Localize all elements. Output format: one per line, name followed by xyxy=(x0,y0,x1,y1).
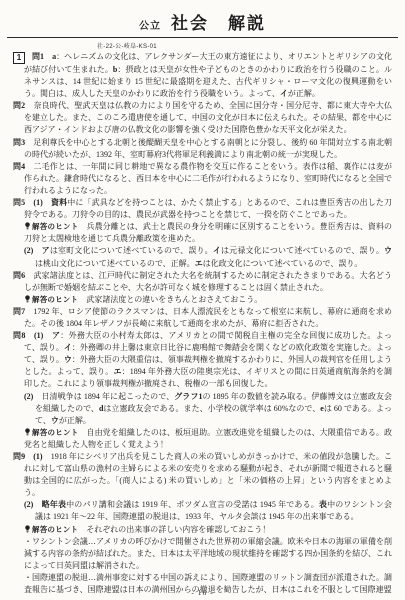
text-run: (2) xyxy=(24,392,33,401)
document-page: 公立 社会 解説 社-22-公-岐阜-KS-01 1問1 a：ヘレニズムの文化は… xyxy=(0,0,405,600)
header-rule xyxy=(7,37,398,38)
hint-paragraph: 解答のヒント 兵農分離とは、武士と農民の身分を明確に区別することをいう。豊臣秀吉… xyxy=(24,221,392,245)
text-run: は室町文化について述べているので、誤り。 xyxy=(50,246,213,255)
text-run: 二毛作とは、一年間に同じ耕地で異なる農作物を交互に作ることをいう。表作は稲、裏作… xyxy=(24,162,392,195)
text-run xyxy=(43,331,52,340)
explanation-paragraph: 問3 足利尊氏を中心とする北朝と後醍醐天皇を中心とする南朝とに分裂し、後約 60… xyxy=(13,137,392,161)
hint-label: 解答のヒント xyxy=(32,222,78,231)
text-run: は立憲政友会である。また、小学校の就学率は 60%なので、 xyxy=(103,404,320,413)
text-run: 問3 xyxy=(13,138,25,147)
text-run: は化政文化について述べているので、誤り。 xyxy=(203,259,363,268)
text-run: が正解。 xyxy=(59,416,91,425)
hint-label: 解答のヒント xyxy=(32,428,78,437)
text-run: (2) xyxy=(24,500,33,509)
page-number: - 16 - xyxy=(0,588,405,597)
explanation-paragraph: (2) アは室町文化について述べているので、誤り。イは元禄文化について述べている… xyxy=(24,245,392,269)
doc-category: 公立 xyxy=(139,17,161,32)
text-run: 問9 xyxy=(13,452,25,461)
page-title: 社会 解説 xyxy=(171,9,266,34)
hint-paragraph: 解答のヒント 武家諸法度との違いをきちんとおさえておこう。 xyxy=(24,294,392,306)
text-run xyxy=(33,500,41,509)
explanation-paragraph: 問5 (1) 資料中に「武具などを持つことは、かたく禁止する」とあるので、これは… xyxy=(13,197,392,221)
hint-paragraph: 解答のヒント それぞれの出来事の詳しい内容を確認しておこう！ xyxy=(24,524,392,536)
hint-lightbulb-icon xyxy=(24,525,31,533)
text-run xyxy=(25,331,34,340)
text-run: エ xyxy=(195,259,203,268)
text-run: が正解。 xyxy=(288,89,320,98)
text-run: (1) xyxy=(33,198,42,207)
hint-label: 解答のヒント xyxy=(32,295,78,304)
text-run: 兵農分離とは、武士と農民の身分を明確に区別することをいう。豊臣秀吉は、資料の刀狩… xyxy=(24,222,392,243)
text-run: ウ xyxy=(64,355,72,364)
text-run: は桃山文化について述べているので、正解。 xyxy=(35,259,195,268)
explanation-paragraph: ・ワシントン会議…アメリカの呼びかけで開催された世界初の軍縮会議。欧米や日本の海… xyxy=(24,536,392,572)
text-run: イ xyxy=(213,246,221,255)
hint-lightbulb-icon xyxy=(24,295,31,303)
text-run: は元禄文化について述べているので、誤り。 xyxy=(221,246,384,255)
text-run: 1918 年にシベリア出兵を見こした商人の米の買いしめがきっかけで、米の値段が急… xyxy=(24,452,392,497)
text-run: イ xyxy=(64,343,72,352)
explanation-paragraph: 1問1 a：ヘレニズムの文化は、アレクサンダー大王の東方遠征により、オリエントと… xyxy=(13,51,392,100)
text-run: 問4 xyxy=(13,162,25,171)
text-run: 問6 xyxy=(13,271,25,280)
text-run: 問8 xyxy=(13,331,25,340)
doc-code: 社-22-公-岐阜-KS-01 xyxy=(97,41,405,50)
text-run: グラフ1 xyxy=(174,392,202,401)
text-run xyxy=(33,246,41,255)
explanation-paragraph: 問9 (1) 1918 年にシベリア出兵を見こした商人の米の買いしめがきっかけで… xyxy=(13,451,392,499)
text-run: 奈良時代、聖武天皇は仏教の力により国を守るため、全国に国分寺・国分尼寺、都に東大… xyxy=(24,101,392,134)
text-run: イ xyxy=(280,89,288,98)
hint-lightbulb-icon xyxy=(24,428,31,436)
explanation-paragraph: (2) 略年表中のパリ講和会議は 1919 年、ポツダム宣言の受諾は 1945 … xyxy=(24,499,392,523)
text-run: それぞれの出来事の詳しい内容を確認しておこう！ xyxy=(86,525,270,534)
text-run: (2) xyxy=(24,246,33,255)
text-run: 中のパリ講和会議は 1919 年、ポツダム宣言の受諾は 1945 年である。 xyxy=(66,500,319,509)
answer-explanations: 1問1 a：ヘレニズムの文化は、アレクサンダー大王の東方遠征により、オリエントと… xyxy=(13,51,392,596)
explanation-paragraph: 問6 武家諸法度とは、江戸時代に制定された大名を統制するために制定されたきまりで… xyxy=(13,270,392,294)
text-run: 資料 xyxy=(51,198,67,207)
text-run: 表 xyxy=(319,500,327,509)
text-run: 問7 xyxy=(13,307,25,316)
text-run: 自由党を組織したのは、板垣退助。立憲改進党を組織したのは、大隈重信である。政党名… xyxy=(24,428,392,449)
text-run: 武家諸法度とは、江戸時代に制定された大名を統制するために制定されたきまりである。… xyxy=(24,271,392,292)
text-run: 問5 xyxy=(13,198,25,207)
explanation-paragraph: 問7 1792 年、ロシア使節のラクスマンは、日本人漂流民をともなって根室に来航… xyxy=(13,306,392,330)
hint-lightbulb-icon xyxy=(24,222,31,230)
hint-paragraph: 解答のヒント 自由党を組織したのは、板垣退助。立憲改進党を組織したのは、大隈重信… xyxy=(24,427,392,451)
text-run: 武家諸法度との違いをきちんとおさえておこう。 xyxy=(86,295,262,304)
text-run: ウ xyxy=(384,246,392,255)
explanation-paragraph: 問8 (1) ア：外務大臣の小村寿太郎は、アメリカとの間で関税自主権の完全な回復… xyxy=(13,330,392,390)
page-header: 公立 社会 解説 社-22-公-岐阜-KS-01 xyxy=(0,0,405,50)
explanation-paragraph: 問2 奈良時代、聖武天皇は仏教の力により国を守るため、全国に国分寺・国分尼寺、都… xyxy=(13,100,392,136)
text-run: 足利尊氏を中心とする北朝と後醍醐天皇を中心とする南朝とに分裂し、後約 60 年間… xyxy=(24,138,392,159)
explanation-paragraph: (2) 日清戦争は 1894 年に起こったので、グラフ1の 1895 年の数値を… xyxy=(24,391,392,427)
text-run: (1) xyxy=(33,452,42,461)
text-run: 中に「武具などを持つことは、かたく禁止する」とあるので、これは豊臣秀吉の出した刀… xyxy=(24,198,392,219)
text-run: ウ xyxy=(51,416,59,425)
text-run: ・ワシントン会議…アメリカの呼びかけで開催された世界初の軍縮会議。欧米や日本の海… xyxy=(24,537,392,570)
text-run: (1) xyxy=(34,331,43,340)
text-run: 日清戦争は 1894 年に起こったので、 xyxy=(33,392,174,401)
text-run: 略年表 xyxy=(42,500,66,509)
hint-label: 解答のヒント xyxy=(32,525,78,534)
explanation-paragraph: 問4 二毛作とは、一年間に同じ耕地で異なる農作物を交互に作ることをいう。表作は稲… xyxy=(13,161,392,197)
text-run: 問2 xyxy=(13,101,25,110)
text-run xyxy=(43,198,51,207)
text-run: エ xyxy=(113,367,121,376)
text-run: ア xyxy=(42,246,50,255)
text-run: 1792 年、ロシア使節のラクスマンは、日本人漂流民をともなって根室に来航し、幕… xyxy=(24,307,392,328)
text-run: 問1 xyxy=(32,52,52,61)
section-number-box: 1 xyxy=(13,52,25,64)
